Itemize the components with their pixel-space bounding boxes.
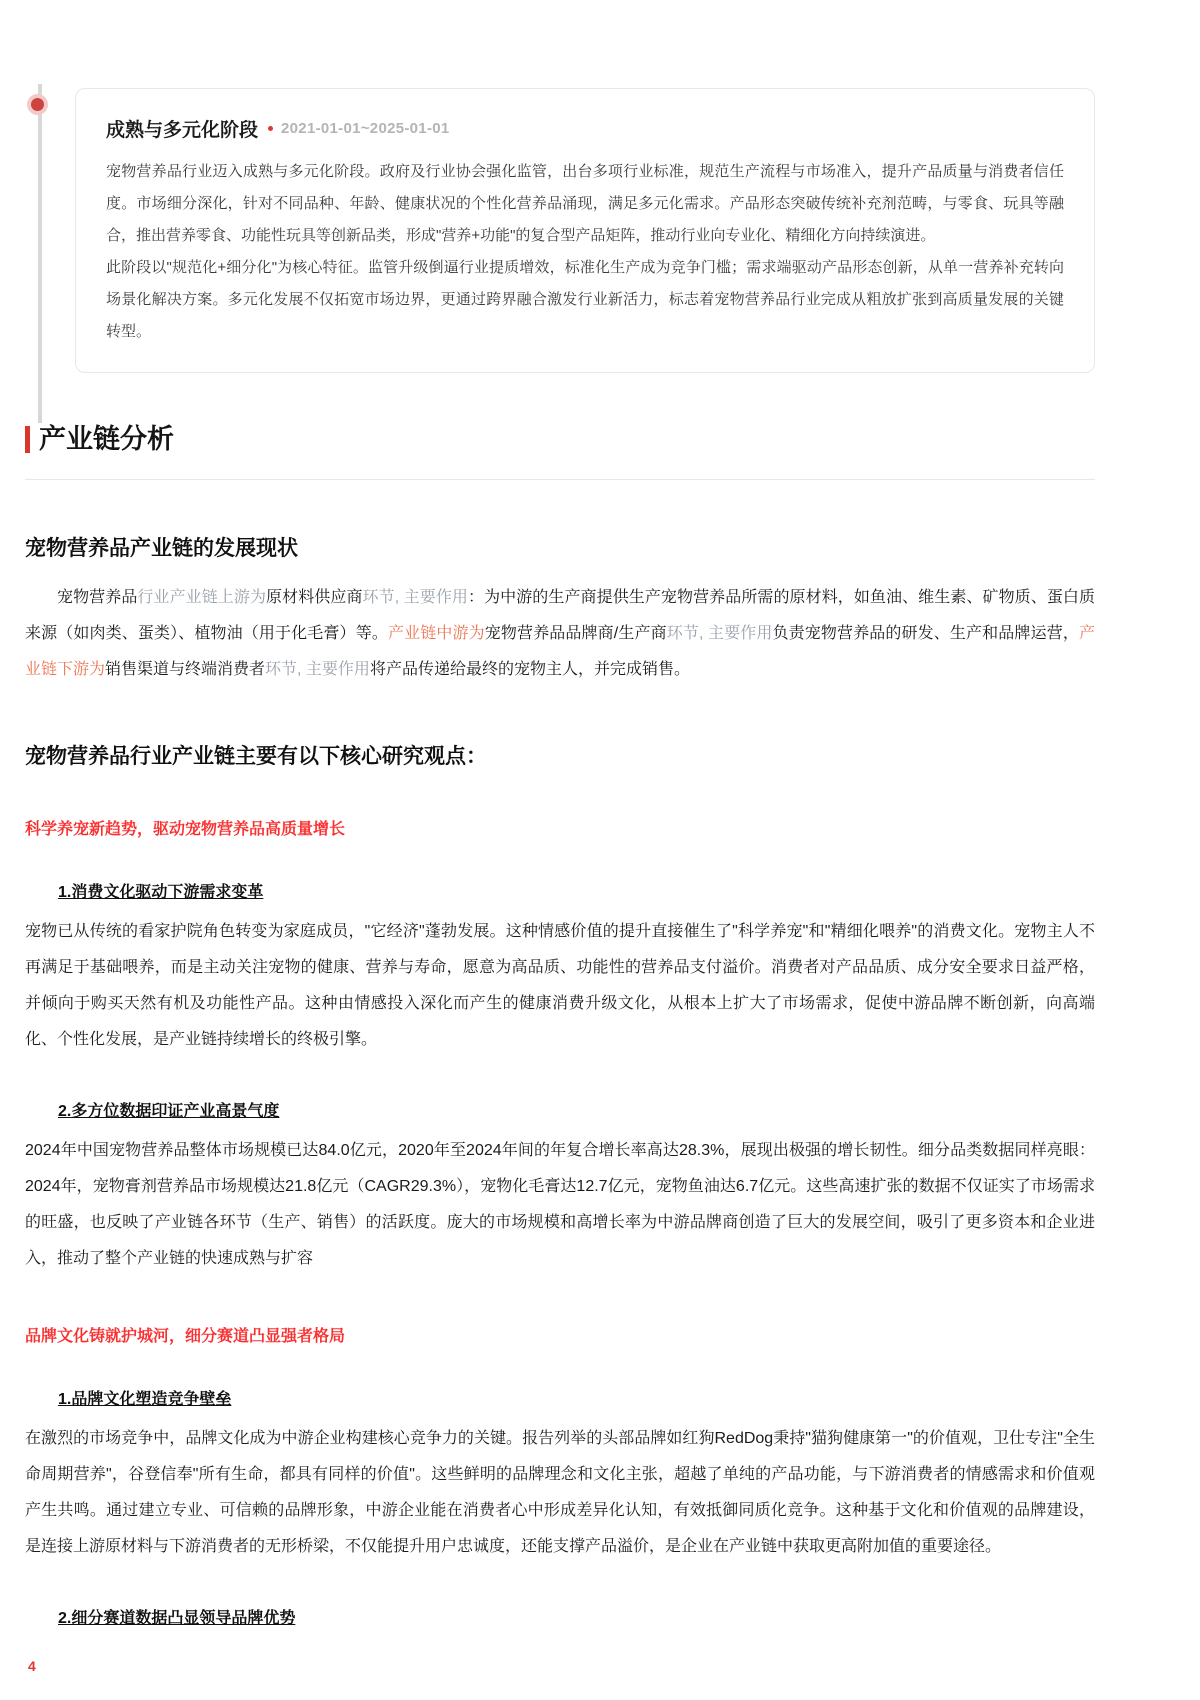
stage-card-title: 成熟与多元化阶段 bbox=[106, 115, 258, 142]
viewpoint-item-title: 1.消费文化驱动下游需求变革 bbox=[58, 879, 263, 902]
date-separator-dot-icon bbox=[268, 126, 273, 131]
stage-paragraph: 此阶段以"规范化+细分化"为核心特征。监管升级倒逼行业提质增效，标准化生产成为竞… bbox=[106, 252, 1064, 348]
section-header: 产业链分析 bbox=[25, 423, 1095, 480]
stage-paragraph: 宠物营养品行业迈入成熟与多元化阶段。政府及行业协会强化监管，出台多项行业标准，规… bbox=[106, 156, 1064, 252]
viewpoint-item: 2.细分赛道数据凸显领导品牌优势 bbox=[25, 1565, 1095, 1628]
chain-segment-midstream-entity: 宠物营养品品牌商/生产商 bbox=[485, 625, 667, 642]
chain-overview-paragraph: 宠物营养品行业产业链上游为原材料供应商环节, 主要作用：为中游的生产商提供生产宠… bbox=[25, 580, 1095, 688]
viewpoint-item: 2.多方位数据印证产业高景气度 bbox=[25, 1058, 1095, 1121]
subsection-title-status: 宠物营养品产业链的发展现状 bbox=[25, 532, 1095, 562]
chain-segment-midstream-label: 产业链中游为 bbox=[388, 625, 485, 642]
timeline-rail bbox=[38, 84, 42, 423]
page-number: 4 bbox=[28, 1658, 36, 1674]
timeline-section: 成熟与多元化阶段 2021-01-01~2025-01-01 宠物营养品行业迈入… bbox=[75, 88, 1095, 423]
viewpoint-item-body: 在激烈的市场竞争中，品牌文化成为中游企业构建核心竞争力的关键。报告列举的头部品牌… bbox=[25, 1421, 1095, 1565]
chain-segment: 负责宠物营养品的研发、生产和品牌运营， bbox=[773, 625, 1079, 642]
viewpoint-item-title: 2.细分赛道数据凸显领导品牌优势 bbox=[58, 1605, 295, 1628]
viewpoint-item-title: 1.品牌文化塑造竞争壁垒 bbox=[58, 1386, 231, 1409]
chain-segment: 将产品传递给最终的宠物主人，并完成销售。 bbox=[370, 661, 690, 678]
chain-segment-role-label: 环节, 主要作用 bbox=[667, 625, 773, 642]
chain-segment-role-label: 环节, 主要作用 bbox=[363, 589, 468, 606]
viewpoint-item: 1.消费文化驱动下游需求变革 bbox=[25, 839, 1095, 902]
section-title: 产业链分析 bbox=[39, 423, 174, 455]
section-accent-bar bbox=[25, 426, 30, 453]
viewpoint-group-heading: 科学养宠新趋势，驱动宠物营养品高质量增长 bbox=[25, 816, 1095, 839]
stage-card-header: 成熟与多元化阶段 2021-01-01~2025-01-01 bbox=[106, 115, 1064, 142]
chain-segment-upstream-label: 行业产业链上游为 bbox=[137, 589, 266, 606]
main-content: 产业链分析 宠物营养品产业链的发展现状 宠物营养品行业产业链上游为原材料供应商环… bbox=[25, 423, 1095, 1628]
viewpoint-item-body: 2024年中国宠物营养品整体市场规模已达84.0亿元，2020年至2024年间的… bbox=[25, 1133, 1095, 1277]
stage-date-range: 2021-01-01~2025-01-01 bbox=[281, 120, 450, 137]
viewpoint-item-body: 宠物已从传统的看家护院角色转变为家庭成员，"它经济"蓬勃发展。这种情感价值的提升… bbox=[25, 914, 1095, 1058]
subsection-title-viewpoints: 宠物营养品行业产业链主要有以下核心研究观点： bbox=[25, 740, 1095, 770]
viewpoint-item: 1.品牌文化塑造竞争壁垒 bbox=[25, 1346, 1095, 1409]
viewpoint-item-title: 2.多方位数据印证产业高景气度 bbox=[58, 1098, 279, 1121]
timeline-marker-dot bbox=[31, 98, 44, 111]
chain-segment-upstream-entity: 原材料供应商 bbox=[266, 589, 362, 606]
report-page: 成熟与多元化阶段 2021-01-01~2025-01-01 宠物营养品行业迈入… bbox=[0, 0, 1200, 1700]
chain-segment-downstream-entity: 销售渠道与终端消费者 bbox=[105, 661, 265, 678]
chain-segment-role-label: 环节, 主要作用 bbox=[265, 661, 370, 678]
stage-card: 成熟与多元化阶段 2021-01-01~2025-01-01 宠物营养品行业迈入… bbox=[75, 88, 1095, 373]
chain-segment: 宠物营养品 bbox=[57, 589, 137, 606]
viewpoint-group-heading: 品牌文化铸就护城河，细分赛道凸显强者格局 bbox=[25, 1323, 1095, 1346]
